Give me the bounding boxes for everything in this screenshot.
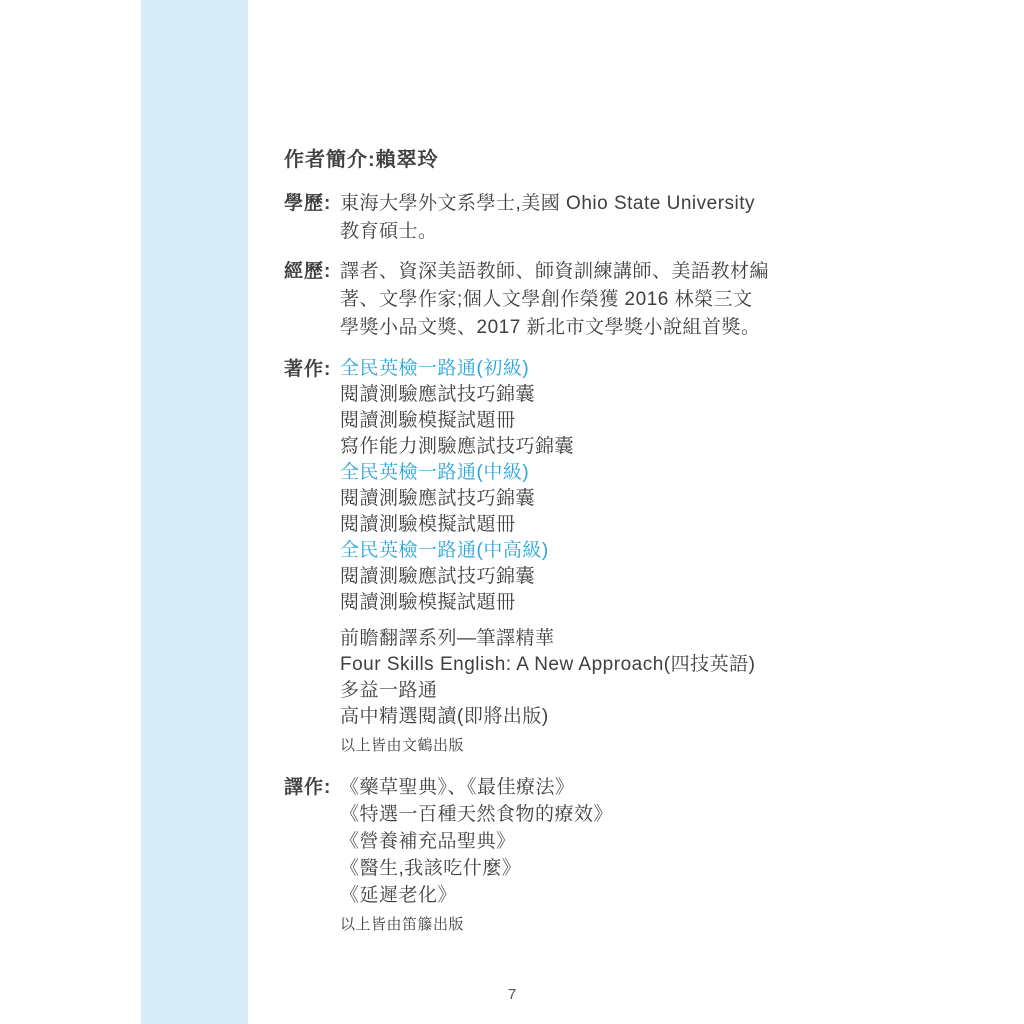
- works-section: 著作: 全民英檢一路通(初級)閱讀測驗應試技巧錦囊閱讀測驗模擬試題冊寫作能力測驗…: [284, 356, 790, 758]
- education-label: 學歷:: [284, 190, 340, 218]
- page-title: 作者簡介:賴翠玲: [284, 146, 790, 174]
- left-margin-band: [141, 0, 248, 1024]
- author-bio-content: 作者簡介:賴翠玲 學歷: 東海大學外文系學士,美國 Ohio State Uni…: [284, 146, 790, 937]
- list-item: 閱讀測驗應試技巧錦囊: [340, 564, 790, 590]
- list-item: 《藥草聖典》、《最佳療法》: [340, 774, 790, 801]
- works-list-gap: [340, 616, 790, 626]
- translations-publisher-note: 以上皆由笛籐出版: [340, 913, 790, 937]
- translations-label: 譯作:: [284, 774, 340, 802]
- list-item: 教育碩士。: [340, 218, 790, 246]
- list-item: 《延遲老化》: [340, 882, 790, 909]
- experience-section: 經歷: 譯者、資深美語教師、師資訓練講師、美語教材編著、文學作家;個人文學創作榮…: [284, 258, 790, 342]
- translations-body: 《藥草聖典》、《最佳療法》《特選一百種天然食物的療效》《營養補充品聖典》《醫生,…: [340, 774, 790, 937]
- series-title-item: 全民英檢一路通(中級): [340, 460, 790, 486]
- list-item: 《特選一百種天然食物的療效》: [340, 801, 790, 828]
- list-item: 多益一路通: [340, 678, 790, 704]
- works-label: 著作:: [284, 356, 340, 384]
- works-publisher-note: 以上皆由文鶴出版: [340, 734, 790, 758]
- list-item: 學獎小品文獎、2017 新北市文學獎小說組首獎。: [340, 314, 790, 342]
- list-item: 著、文學作家;個人文學創作榮獲 2016 林榮三文: [340, 286, 790, 314]
- list-item: 前瞻翻譯系列—筆譯精華: [340, 626, 790, 652]
- list-item: 高中精選閱讀(即將出版): [340, 704, 790, 730]
- page-number: 7: [0, 986, 1024, 1003]
- book-page: 作者簡介:賴翠玲 學歷: 東海大學外文系學士,美國 Ohio State Uni…: [0, 0, 1024, 1024]
- translations-section: 譯作: 《藥草聖典》、《最佳療法》《特選一百種天然食物的療效》《營養補充品聖典》…: [284, 774, 790, 937]
- translations-list: 《藥草聖典》、《最佳療法》《特選一百種天然食物的療效》《營養補充品聖典》《醫生,…: [340, 774, 790, 909]
- list-item: 寫作能力測驗應試技巧錦囊: [340, 434, 790, 460]
- works-list: 全民英檢一路通(初級)閱讀測驗應試技巧錦囊閱讀測驗模擬試題冊寫作能力測驗應試技巧…: [340, 356, 790, 616]
- series-title-item: 全民英檢一路通(初級): [340, 356, 790, 382]
- experience-text: 譯者、資深美語教師、師資訓練講師、美語教材編著、文學作家;個人文學創作榮獲 20…: [340, 258, 790, 342]
- works-more-list: 前瞻翻譯系列—筆譯精華Four Skills English: A New Ap…: [340, 626, 790, 730]
- list-item: 閱讀測驗模擬試題冊: [340, 512, 790, 538]
- list-item: 閱讀測驗應試技巧錦囊: [340, 486, 790, 512]
- list-item: 譯者、資深美語教師、師資訓練講師、美語教材編: [340, 258, 790, 286]
- education-section: 學歷: 東海大學外文系學士,美國 Ohio State University教育…: [284, 190, 790, 246]
- list-item: 《營養補充品聖典》: [340, 828, 790, 855]
- list-item: 閱讀測驗模擬試題冊: [340, 408, 790, 434]
- works-body: 全民英檢一路通(初級)閱讀測驗應試技巧錦囊閱讀測驗模擬試題冊寫作能力測驗應試技巧…: [340, 356, 790, 758]
- education-text: 東海大學外文系學士,美國 Ohio State University教育碩士。: [340, 190, 790, 246]
- list-item: Four Skills English: A New Approach(四技英語…: [340, 652, 790, 678]
- list-item: 閱讀測驗模擬試題冊: [340, 590, 790, 616]
- list-item: 《醫生,我該吃什麼》: [340, 855, 790, 882]
- series-title-item: 全民英檢一路通(中高級): [340, 538, 790, 564]
- list-item: 東海大學外文系學士,美國 Ohio State University: [340, 190, 790, 218]
- list-item: 閱讀測驗應試技巧錦囊: [340, 382, 790, 408]
- experience-label: 經歷:: [284, 258, 340, 286]
